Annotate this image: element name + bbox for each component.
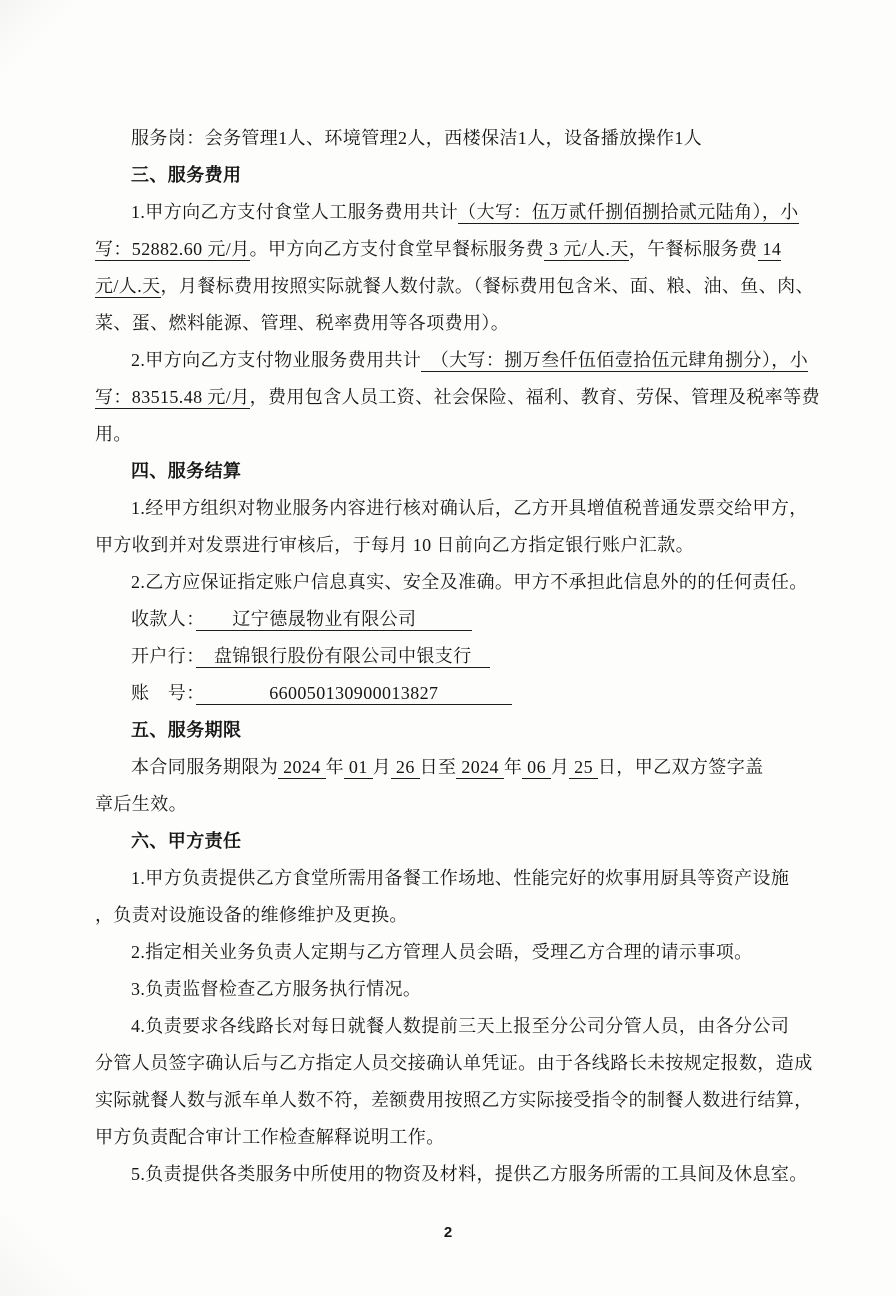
text-segment: 年 bbox=[504, 757, 522, 777]
text-segment: 本合同服务期限为 bbox=[131, 757, 278, 777]
document-line: 分管人员签字确认后与乙方指定人员交接确认单凭证。由于各线路长未按规定报数，造成 bbox=[95, 1045, 855, 1082]
document-line: 服务岗：会务管理1人、环境管理2人，西楼保洁1人，设备播放操作1人 bbox=[95, 120, 855, 157]
text-segment: 菜、蛋、燃料能源、管理、税率费用等各项费用）。 bbox=[95, 313, 509, 333]
text-segment: 。甲方向乙方支付食堂早餐标服务费 bbox=[250, 239, 544, 259]
text-segment: ，负责对设施设备的维修维护及更换。 bbox=[95, 905, 408, 925]
document-line: 1.甲方负责提供乙方食堂所需用备餐工作场地、性能完好的炊事用厨具等资产设施 bbox=[95, 860, 855, 897]
text-segment: 2.指定相关业务负责人定期与乙方管理人员会晤，受理乙方合理的请示事项。 bbox=[131, 942, 753, 962]
underlined-fill-in-text: （大写：伍万贰仟捌佰捌拾贰元陆角），小 bbox=[458, 202, 799, 224]
document-line: 写：52882.60 元/月。甲方向乙方支付食堂早餐标服务费 3 元/人.天，午… bbox=[95, 231, 855, 268]
document-line: 本合同服务期限为 2024 年 01 月 26 日至 2024 年 06 月 2… bbox=[95, 749, 855, 786]
underlined-fill-in-text: 2024 bbox=[456, 757, 503, 779]
text-segment: 服务岗：会务管理1人、环境管理2人，西楼保洁1人，设备播放操作1人 bbox=[131, 128, 702, 148]
text-segment: 日至 bbox=[420, 757, 457, 777]
document-line: 3.负责监督检查乙方服务执行情况。 bbox=[95, 971, 855, 1008]
document-line: 账 号： 660050130900013827 bbox=[95, 675, 855, 712]
underlined-fill-in-text: 14 bbox=[758, 239, 782, 261]
document-line: 实际就餐人数与派车单人数不符，差额费用按照乙方实际接受指令的制餐人数进行结算， bbox=[95, 1082, 855, 1119]
page-number: 2 bbox=[444, 1224, 452, 1241]
section-heading: 五、服务期限 bbox=[95, 712, 855, 749]
document-line: 2.指定相关业务负责人定期与乙方管理人员会晤，受理乙方合理的请示事项。 bbox=[95, 934, 855, 971]
underlined-fill-in-text: 盘锦银行股份有限公司中银支行 bbox=[196, 646, 490, 668]
underlined-fill-in-text: 写：83515.48 元/月 bbox=[95, 387, 250, 409]
document-line: 甲方负责配合审计工作检查解释说明工作。 bbox=[95, 1119, 855, 1156]
text-segment: 五、服务期限 bbox=[131, 720, 241, 740]
underlined-fill-in-text: 3 元/人.天 bbox=[544, 239, 629, 261]
text-segment: 2.甲方向乙方支付物业服务费用共计 bbox=[131, 350, 421, 370]
underlined-fill-in-text: 06 bbox=[522, 757, 551, 779]
text-segment: 收款人： bbox=[131, 609, 196, 629]
document-body: 服务岗：会务管理1人、环境管理2人，西楼保洁1人，设备播放操作1人三、服务费用1… bbox=[95, 120, 855, 1193]
section-heading: 四、服务结算 bbox=[95, 453, 855, 490]
underlined-fill-in-text: 元/人.天 bbox=[95, 276, 161, 298]
text-segment: 用。 bbox=[95, 424, 132, 444]
text-segment: 日，甲乙双方签字盖 bbox=[598, 757, 764, 777]
text-segment: 四、服务结算 bbox=[131, 461, 241, 481]
text-segment: 月 bbox=[551, 757, 569, 777]
text-segment: 1.甲方向乙方支付食堂人工服务费用共计 bbox=[131, 202, 458, 222]
underlined-fill-in-text: （大写：捌万叁仟伍佰壹拾伍元肆角捌分），小 bbox=[421, 350, 808, 372]
text-segment: ，午餐标服务费 bbox=[629, 239, 758, 259]
document-line: 1.经甲方组织对物业服务内容进行核对确认后，乙方开具增值税普通发票交给甲方， bbox=[95, 490, 855, 527]
text-segment: 开户行： bbox=[131, 646, 196, 666]
section-heading: 六、甲方责任 bbox=[95, 823, 855, 860]
text-segment: 年 bbox=[326, 757, 344, 777]
text-segment: 账 号： bbox=[131, 683, 196, 703]
document-line: 开户行： 盘锦银行股份有限公司中银支行 bbox=[95, 638, 855, 675]
underlined-fill-in-text: 01 bbox=[344, 757, 373, 779]
document-line: 收款人： 辽宁德晟物业有限公司 bbox=[95, 601, 855, 638]
text-segment: 月 bbox=[373, 757, 391, 777]
text-segment: 5.负责提供各类服务中所使用的物资及材料，提供乙方服务所需的工具间及休息室。 bbox=[131, 1164, 808, 1184]
text-segment: 3.负责监督检查乙方服务执行情况。 bbox=[131, 979, 421, 999]
document-line: 用。 bbox=[95, 416, 855, 453]
text-segment: 甲方负责配合审计工作检查解释说明工作。 bbox=[95, 1127, 445, 1147]
underlined-fill-in-text: 25 bbox=[569, 757, 598, 779]
text-segment: 六、甲方责任 bbox=[131, 831, 241, 851]
text-segment: 实际就餐人数与派车单人数不符，差额费用按照乙方实际接受指令的制餐人数进行结算， bbox=[95, 1090, 813, 1110]
contract-page: 服务岗：会务管理1人、环境管理2人，西楼保洁1人，设备播放操作1人三、服务费用1… bbox=[0, 0, 896, 1296]
document-line: 写：83515.48 元/月，费用包含人员工资、社会保险、福利、教育、劳保、管理… bbox=[95, 379, 855, 416]
document-line: 4.负责要求各线路长对每日就餐人数提前三天上报至分公司分管人员，由各分公司 bbox=[95, 1008, 855, 1045]
underlined-fill-in-text: 写：52882.60 元/月 bbox=[95, 239, 250, 261]
text-segment: 1.经甲方组织对物业服务内容进行核对确认后，乙方开具增值税普通发票交给甲方， bbox=[131, 498, 808, 518]
text-segment: 三、服务费用 bbox=[131, 165, 241, 185]
text-segment: ，费用包含人员工资、社会保险、福利、教育、劳保、管理及税率等费 bbox=[250, 387, 820, 407]
underlined-fill-in-text: 2024 bbox=[278, 757, 325, 779]
underlined-fill-in-text: 660050130900013827 bbox=[196, 683, 512, 705]
document-line: 2.甲方向乙方支付物业服务费用共计 （大写：捌万叁仟伍佰壹拾伍元肆角捌分），小 bbox=[95, 342, 855, 379]
text-segment: 2.乙方应保证指定账户信息真实、安全及准确。甲方不承担此信息外的的任何责任。 bbox=[131, 572, 808, 592]
document-line: 2.乙方应保证指定账户信息真实、安全及准确。甲方不承担此信息外的的任何责任。 bbox=[95, 564, 855, 601]
document-line: 5.负责提供各类服务中所使用的物资及材料，提供乙方服务所需的工具间及休息室。 bbox=[95, 1156, 855, 1193]
document-line: 菜、蛋、燃料能源、管理、税率费用等各项费用）。 bbox=[95, 305, 855, 342]
underlined-fill-in-text: 26 bbox=[391, 757, 420, 779]
section-heading: 三、服务费用 bbox=[95, 157, 855, 194]
document-line: 章后生效。 bbox=[95, 786, 855, 823]
text-segment: ，月餐标费用按照实际就餐人数付款。（餐标费用包含米、面、粮、油、鱼、肉、 bbox=[161, 276, 814, 296]
text-segment: 分管人员签字确认后与乙方指定人员交接确认单凭证。由于各线路长未按规定报数，造成 bbox=[95, 1053, 813, 1073]
document-line: 元/人.天，月餐标费用按照实际就餐人数付款。（餐标费用包含米、面、粮、油、鱼、肉… bbox=[95, 268, 855, 305]
text-segment: 章后生效。 bbox=[95, 794, 187, 814]
text-segment: 1.甲方负责提供乙方食堂所需用备餐工作场地、性能完好的炊事用厨具等资产设施 bbox=[131, 868, 789, 888]
document-line: 1.甲方向乙方支付食堂人工服务费用共计（大写：伍万贰仟捌佰捌拾贰元陆角），小 bbox=[95, 194, 855, 231]
page-footer: 2 bbox=[0, 1224, 896, 1242]
document-line: 甲方收到并对发票进行审核后，于每月 10 日前向乙方指定银行账户汇款。 bbox=[95, 527, 855, 564]
underlined-fill-in-text: 辽宁德晟物业有限公司 bbox=[196, 609, 472, 631]
text-segment: 甲方收到并对发票进行审核后，于每月 10 日前向乙方指定银行账户汇款。 bbox=[95, 535, 694, 555]
text-segment: 4.负责要求各线路长对每日就餐人数提前三天上报至分公司分管人员，由各分公司 bbox=[131, 1016, 789, 1036]
document-line: ，负责对设施设备的维修维护及更换。 bbox=[95, 897, 855, 934]
